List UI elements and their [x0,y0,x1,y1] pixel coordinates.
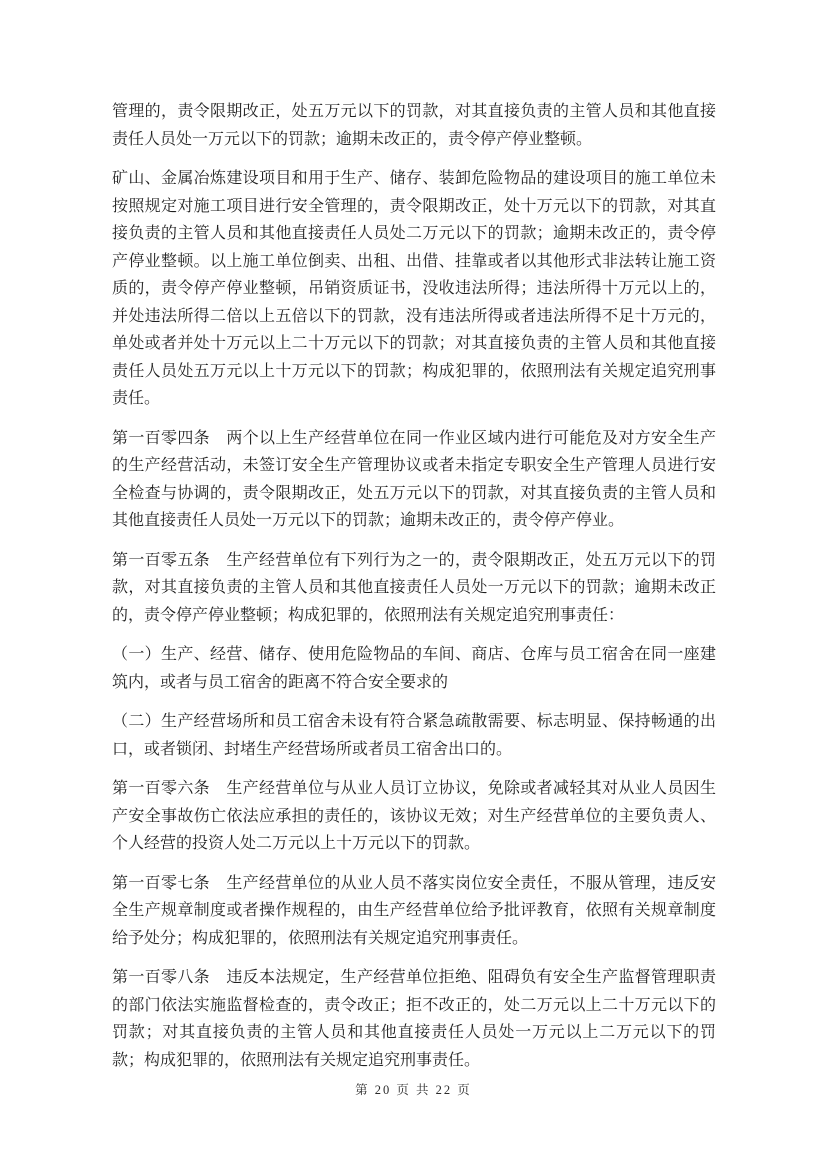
page-number-footer: 第 20 页 共 22 页 [0,1080,827,1098]
body-paragraph-article-105: 第一百零五条 生产经营单位有下列行为之一的，责令限期改正，处五万元以下的罚款，对… [112,547,716,630]
document-body: 管理的，责令限期改正，处五万元以下的罚款，对其直接负责的主管人员和其他直接责任人… [112,98,716,1074]
body-paragraph-article-107: 第一百零七条 生产经营单位的从业人员不落实岗位安全责任，不服从管理，违反安全生产… [112,870,716,953]
document-page: 管理的，责令限期改正，处五万元以下的罚款，对其直接负责的主管人员和其他直接责任人… [0,0,827,1170]
body-paragraph: 管理的，责令限期改正，处五万元以下的罚款，对其直接负责的主管人员和其他直接责任人… [112,98,716,153]
body-paragraph-article-108: 第一百零八条 违反本法规定，生产经营单位拒绝、阻碍负有安全生产监督管理职责的部门… [112,964,716,1074]
body-paragraph-item-2: （二）生产经营场所和员工宿舍未设有符合紧急疏散需要、标志明显、保持畅通的出口，或… [112,708,716,763]
body-paragraph-item-1: （一）生产、经营、储存、使用危险物品的车间、商店、仓库与员工宿舍在同一座建筑内，… [112,641,716,696]
body-paragraph-article-104: 第一百零四条 两个以上生产经营单位在同一作业区域内进行可能危及对方安全生产的生产… [112,425,716,535]
body-paragraph: 矿山、金属冶炼建设项目和用于生产、储存、装卸危险物品的建设项目的施工单位未按照规… [112,165,716,413]
body-paragraph-article-106: 第一百零六条 生产经营单位与从业人员订立协议，免除或者减轻其对从业人员因生产安全… [112,775,716,858]
